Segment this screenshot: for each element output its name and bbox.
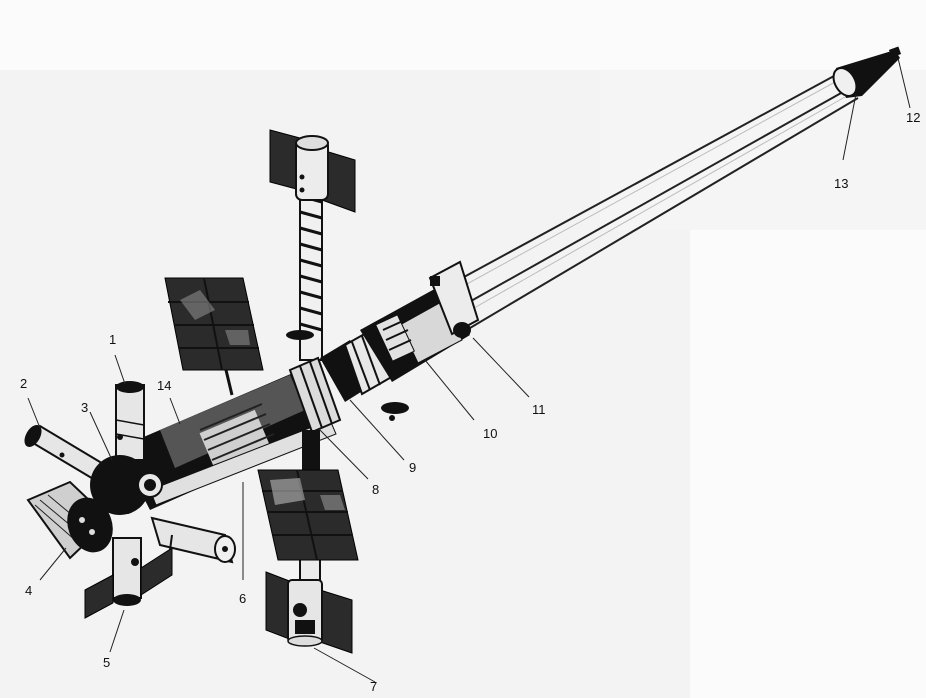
upper-mast xyxy=(270,130,355,360)
callout-5: 5 xyxy=(103,655,110,670)
callout-11: 11 xyxy=(532,402,546,417)
boom-tip-cone xyxy=(829,47,901,100)
callout-3: 3 xyxy=(81,400,88,415)
callout-8: 8 xyxy=(372,482,379,497)
callout-13: 13 xyxy=(834,176,848,191)
callout-10: 10 xyxy=(483,426,497,441)
module-5 xyxy=(113,538,141,598)
solar-panel-upper-left xyxy=(165,278,263,395)
callout-4: 4 xyxy=(25,583,32,598)
callout-labels: 1 2 3 4 5 6 7 8 9 10 11 12 13 14 xyxy=(20,110,920,694)
callout-1: 1 xyxy=(109,332,116,347)
solar-panel-lower-center xyxy=(258,470,358,560)
callout-6: 6 xyxy=(239,591,246,606)
callout-14: 14 xyxy=(157,378,171,393)
mid-section xyxy=(320,262,478,421)
leader-lines xyxy=(28,58,910,682)
station-illustration: 1 2 3 4 5 6 7 8 9 10 11 12 13 14 xyxy=(0,0,926,698)
truss-boom xyxy=(440,70,858,328)
dish-antenna-lower xyxy=(381,402,409,414)
callout-7: 7 xyxy=(370,679,377,694)
diagram-canvas: 1 2 3 4 5 6 7 8 9 10 11 12 13 14 xyxy=(0,0,926,698)
bottom-module xyxy=(266,572,352,653)
thruster-pod xyxy=(453,322,471,338)
callout-2: 2 xyxy=(20,376,27,391)
dish-antenna-upper xyxy=(286,330,314,340)
callout-9: 9 xyxy=(409,460,416,475)
callout-12: 12 xyxy=(906,110,920,125)
